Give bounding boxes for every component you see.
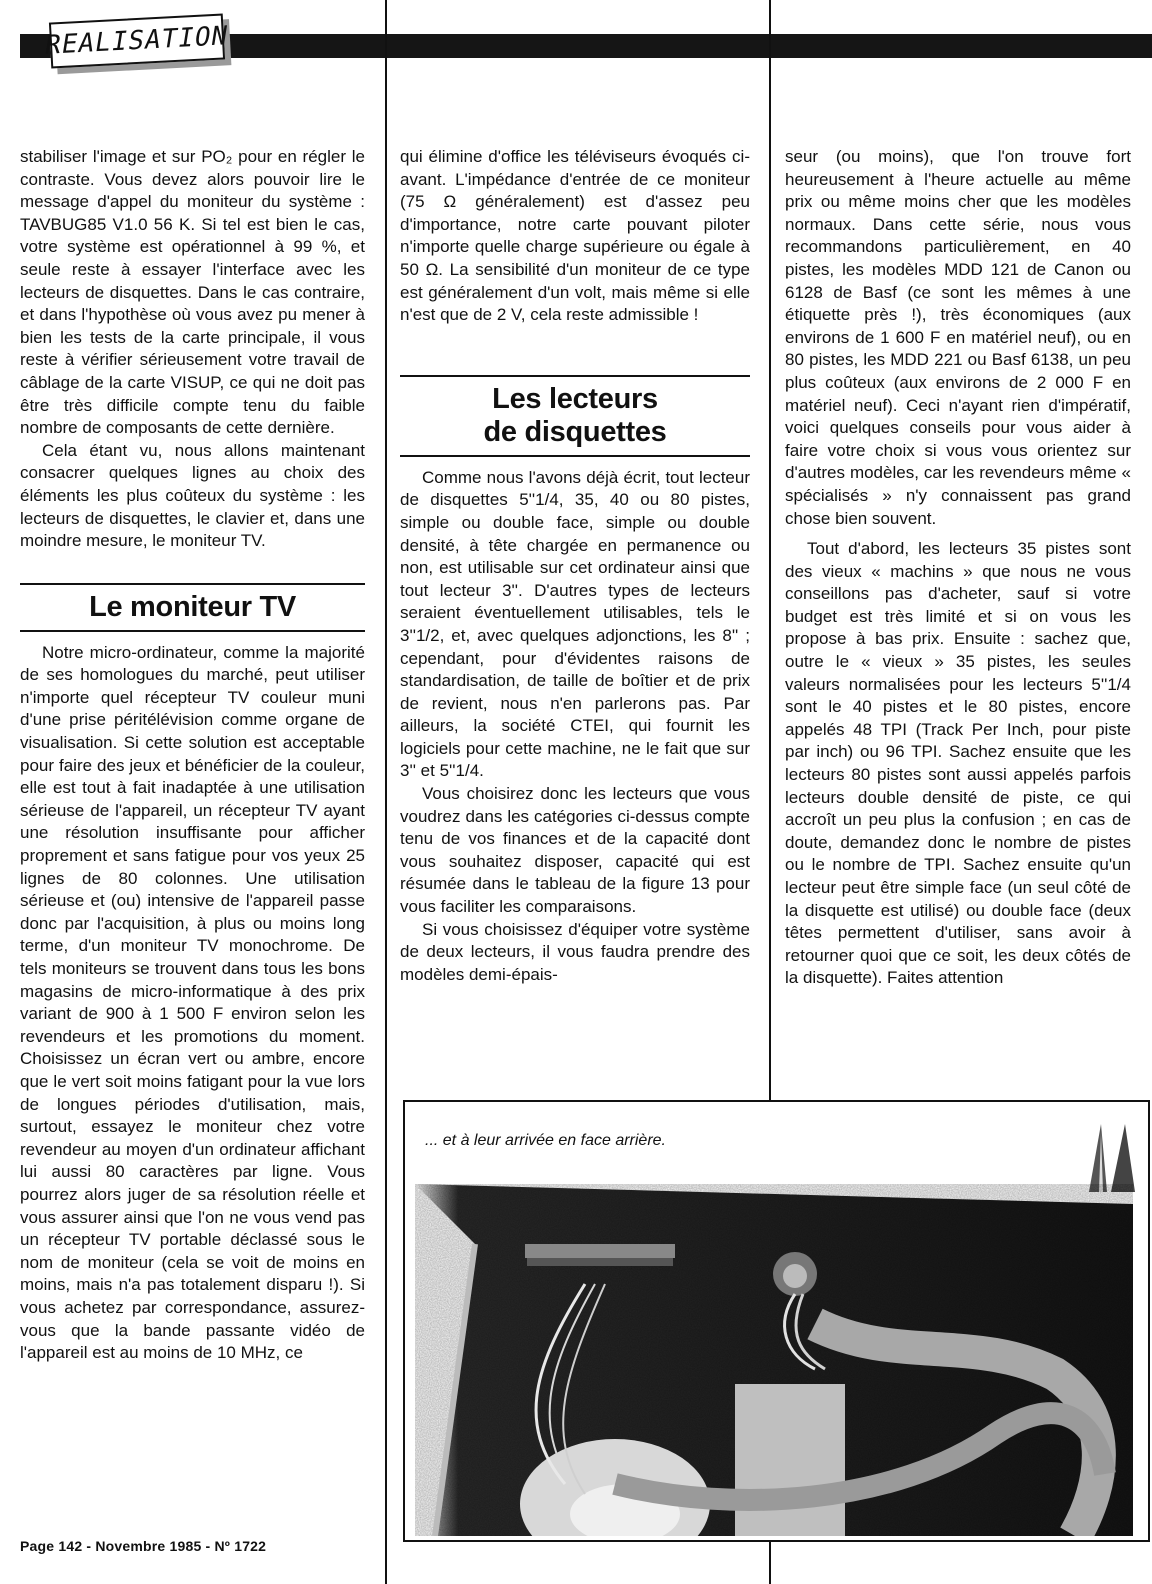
column-rule-2-bottom (769, 1540, 771, 1584)
section-label-box: REALISATION (49, 13, 225, 68)
paragraph: stabiliser l'image et sur PO₂ pour en ré… (20, 146, 365, 440)
section-title-line-1: Les lecteurs (492, 383, 658, 415)
section-title: Les lecteursde disquettes (400, 383, 750, 449)
heading-rule-top (20, 583, 365, 585)
figure-photo-box: ... et à leur arrivée en face arrière. (403, 1100, 1150, 1542)
section-label: REALISATION (43, 21, 231, 61)
paragraph: Si vous choisissez d'équiper votre systè… (400, 919, 750, 987)
paragraph: Comme nous l'avons déjà écrit, tout lect… (400, 467, 750, 783)
section-heading-block: Le moniteur TV (20, 583, 365, 632)
paragraph: seur (ou moins), que l'on trouve fort he… (785, 146, 1131, 530)
article-column-3: seur (ou moins), que l'on trouve fort he… (785, 146, 1131, 990)
heading-rule-bottom (400, 455, 750, 457)
heading-rule-top (400, 375, 750, 377)
paragraph: Notre micro-ordinateur, comme la majorit… (20, 642, 365, 1365)
section-heading-block: Les lecteursde disquettes (400, 375, 750, 457)
page-footer: Page 142 - Novembre 1985 - Nº 1722 (20, 1538, 266, 1554)
figure-caption: ... et à leur arrivée en face arrière. (425, 1132, 666, 1150)
paragraph: Tout d'abord, les lecteurs 35 pistes son… (785, 538, 1131, 990)
paragraph: Cela étant vu, nous allons maintenant co… (20, 440, 365, 553)
column-rule-2 (769, 0, 771, 1100)
article-column-2: qui élimine d'office les téléviseurs évo… (400, 146, 750, 986)
paragraph: qui élimine d'office les téléviseurs évo… (400, 146, 750, 327)
section-title: Le moniteur TV (20, 591, 365, 624)
paragraph: Vous choisirez donc les lecteurs que vou… (400, 783, 750, 919)
section-title-line-2: de disquettes (483, 416, 666, 448)
column-rule-1 (385, 0, 387, 1584)
heading-rule-bottom (20, 630, 365, 632)
photo-interior-wiring (415, 1184, 1133, 1536)
article-column-1: stabiliser l'image et sur PO₂ pour en ré… (20, 146, 365, 1365)
